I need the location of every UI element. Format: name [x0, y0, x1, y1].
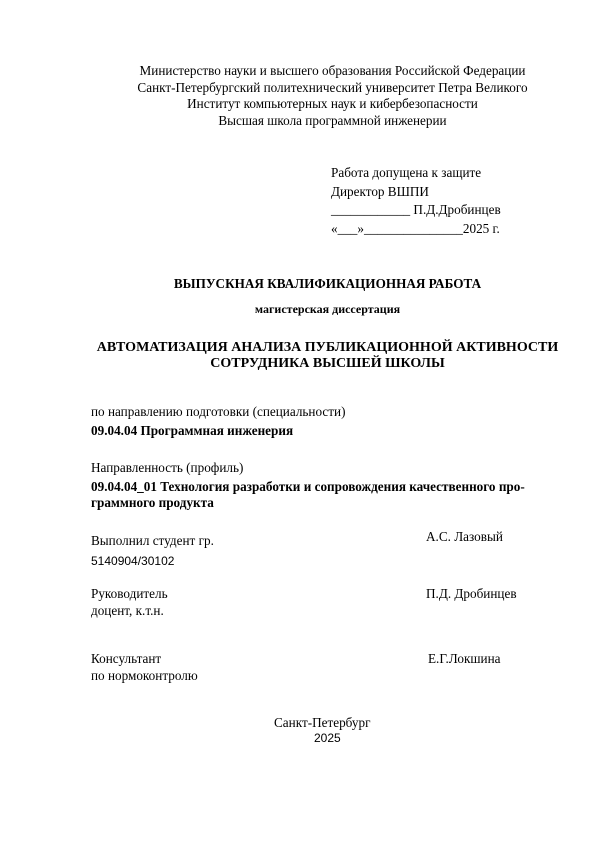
direction-value: 09.04.04 Программная инженерия: [91, 423, 293, 439]
work-type-title: ВЫПУСКНАЯ КВАЛИФИКАЦИОННАЯ РАБОТА: [70, 276, 585, 292]
profile-label: Направленность (профиль): [91, 460, 243, 476]
school-line: Высшая школа программной инженерии: [0, 113, 595, 130]
topic-line-1: АВТОМАТИЗАЦИЯ АНАЛИЗА ПУБЛИКАЦИОННОЙ АКТ…: [60, 340, 595, 356]
supervisor-name: П.Д. Дробинцев: [426, 586, 517, 602]
approval-line-1: Работа допущена к защите: [331, 164, 501, 183]
topic-line-2: СОТРУДНИКА ВЫСШЕЙ ШКОЛЫ: [60, 356, 595, 372]
student-group: 5140904/30102: [91, 554, 174, 568]
ministry-line: Министерство науки и высшего образования…: [0, 63, 595, 80]
consultant-name: Е.Г.Локшина: [428, 651, 501, 667]
footer-city: Санкт-Петербург: [274, 715, 371, 731]
work-subtype: магистерская диссертация: [70, 302, 585, 317]
profile-value-line-1: 09.04.04_01 Технология разработки и сопр…: [91, 479, 525, 495]
direction-label: по направлению подготовки (специальности…: [91, 404, 345, 420]
student-label: Выполнил студент гр.: [91, 533, 214, 549]
institute-line: Институт компьютерных наук и кибербезопа…: [0, 96, 595, 113]
approval-line-4: «___»_______________2025 г.: [331, 220, 501, 239]
profile-value-line-2: граммного продукта: [91, 495, 214, 511]
university-line: Санкт-Петербургский политехнический унив…: [0, 80, 595, 97]
institution-header: Министерство науки и высшего образования…: [0, 63, 595, 130]
approval-block: Работа допущена к защите Директор ВШПИ _…: [331, 164, 501, 238]
approval-line-3: ____________ П.Д.Дробинцев: [331, 201, 501, 220]
footer-year: 2025: [314, 731, 341, 745]
consultant-sub: по нормоконтролю: [91, 668, 198, 684]
student-name: А.С. Лазовый: [426, 529, 503, 545]
thesis-topic: АВТОМАТИЗАЦИЯ АНАЛИЗА ПУБЛИКАЦИОННОЙ АКТ…: [60, 340, 595, 372]
supervisor-title: доцент, к.т.н.: [91, 603, 164, 619]
approval-line-2: Директор ВШПИ: [331, 183, 501, 202]
consultant-label: Консультант: [91, 651, 161, 667]
supervisor-label: Руководитель: [91, 586, 168, 602]
